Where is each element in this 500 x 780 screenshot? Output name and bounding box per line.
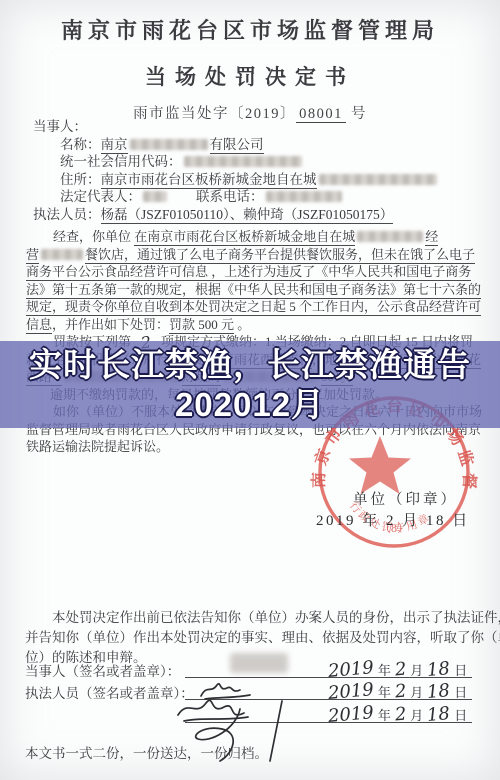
redacted-text	[319, 174, 437, 185]
doc-line: 信息，并作出如下处罚：罚款 500 元 。	[26, 316, 500, 334]
text-segment: ，并作出如下处罚：	[52, 317, 169, 332]
hw-day: 18	[426, 703, 451, 726]
officer-signature-scribble-2	[170, 695, 320, 765]
redacted-text	[41, 249, 83, 260]
text-segment: 商务平台公示食品经营许可信息	[26, 264, 208, 281]
doc-line: 法定代表人： 联系电话：	[33, 188, 500, 206]
officer-signature-label: 执法人员（签名或者盖章）：	[25, 682, 194, 702]
text-segment: 住所：	[60, 172, 101, 187]
party-signature-date: 2019年2月18日	[325, 659, 468, 680]
redacted-text	[143, 191, 167, 202]
text-segment: 罚款 500 元	[169, 317, 234, 334]
party-signature-label: 当事人（签名或者盖章）：	[25, 660, 180, 680]
text-segment: 统一社会信用代码：	[60, 154, 182, 169]
unit-month: 月	[410, 708, 423, 723]
redacted-text	[130, 139, 208, 150]
text-segment: 餐饮店，通过饿了么电子商务平台提供餐饮服务，但未在饿了么电子	[85, 247, 475, 264]
officer-signature-date-1: 2019年2月18日	[325, 681, 468, 702]
unit-day: 日	[454, 685, 467, 700]
hw-day: 18	[426, 680, 451, 703]
text-segment: 联系电话：	[169, 189, 264, 204]
doc-line: 法》第十五条第一款的规定，根据《中华人民共和国电子商务法》第七十六条的	[26, 281, 500, 299]
doc-line: 当事人：	[33, 118, 500, 136]
doc-line: 经查，你单位 在南京市雨花台区板桥新城金地自在城经	[26, 228, 500, 246]
text-segment: 本处罚决定作出前已依法告知你（单位）办案人员的身份，出示了执法证件，	[52, 610, 500, 625]
text-segment: 经	[425, 229, 438, 246]
hw-year: 2019	[327, 702, 374, 727]
text-segment: 南京	[101, 137, 128, 154]
text-segment: 有限公司	[210, 137, 264, 154]
unit-month: 月	[410, 685, 423, 700]
seal-unit-label: 单位（印章）	[353, 488, 458, 509]
caption-overlay-banner: 实时长江禁渔，长江禁渔通告 202012月	[0, 341, 500, 428]
text-segment: 在南京市雨花台区板桥新城金地自在城	[134, 229, 355, 246]
text-segment: 并告知你（单位）作出本处罚决定的事实、理由、依据及处罚内容，听取了你（单	[25, 630, 500, 645]
doc-line: 住所：南京市雨花台区板桥新城金地自在城	[33, 171, 500, 189]
scanned-penalty-document: 南京市雨花台区市场监督管理局 当场处罚决定书 雨市监当处字〔2019〕08001…	[0, 0, 500, 780]
caption-line-1: 实时长江禁渔，长江禁渔通告	[29, 345, 471, 385]
unit-year: 年	[378, 663, 391, 678]
doc-line: 并告知你（单位）作出本处罚决定的事实、理由、依据及处罚内容，听取了你（单	[25, 628, 500, 648]
text-segment: 。	[234, 317, 250, 332]
seal-star-icon	[349, 436, 411, 494]
text-segment: 名称：	[60, 137, 101, 152]
unit-day: 日	[454, 708, 467, 723]
doc-line: 营餐饮店，通过饿了么电子商务平台提供餐饮服务，但未在饿了么电子	[26, 246, 500, 264]
doc-line: 名称：南京有限公司	[33, 136, 500, 154]
caption-line-2: 202012月	[175, 385, 325, 425]
text-segment: 信息	[26, 317, 52, 334]
text-segment: 当事人：	[33, 119, 87, 134]
party-signature-row: 当事人（签名或者盖章）： 2019年2月18日	[25, 660, 475, 678]
officer-signature-date-2: 2019年2月18日	[325, 704, 468, 725]
text-segment: 南京市雨花台区板桥新城金地自在城	[101, 172, 317, 189]
hw-year: 2019	[327, 679, 374, 704]
text-segment: 规定，现责令你单位自收到本处罚决定之日起 5 个工作日内，公示食品经营许可	[26, 299, 481, 316]
doc-line: 商务平台公示食品经营许可信息 ，上述行为违反了《中华人民共和国电子商务	[26, 263, 500, 281]
doc-line: 执法人员：杨磊（JSZF01050110）、赖仲琦（JSZF01050175）	[33, 206, 500, 224]
redacted-text	[357, 231, 423, 242]
hw-day: 18	[426, 658, 451, 681]
doc-line: 统一社会信用代码：	[33, 153, 500, 171]
text-segment: 铁路运输法院提起诉讼。	[26, 439, 169, 454]
text-segment: ，上述行为违反了《中华人民共和国电子商务	[208, 264, 471, 281]
text-segment: 法定代表人：	[60, 189, 141, 204]
text-segment: 杨磊（JSZF01050110）、赖仲琦（JSZF01050175）	[101, 207, 394, 224]
text-segment: 执法人员：	[33, 207, 101, 222]
hw-month: 2	[394, 659, 407, 681]
doc-line: 规定，现责令你单位自收到本处罚决定之日起 5 个工作日内，公示食品经营许可	[26, 298, 500, 316]
text-segment: 经查，你单位	[53, 229, 134, 244]
document-title: 当场处罚决定书	[0, 61, 500, 91]
redacted-text	[266, 191, 342, 202]
doc-line: 本处罚决定作出前已依法告知你（单位）办案人员的身份，出示了执法证件，	[25, 608, 500, 628]
unit-year: 年	[378, 708, 391, 723]
unit-year: 年	[378, 685, 391, 700]
hw-month: 2	[394, 681, 407, 703]
unit-day: 日	[454, 663, 467, 678]
text-segment: 营	[26, 247, 39, 264]
unit-month: 月	[410, 663, 423, 678]
document-header: 南京市雨花台区市场监督管理局 当场处罚决定书 雨市监当处字〔2019〕08001…	[0, 14, 500, 123]
hw-year: 2019	[327, 657, 374, 682]
party-info-block: 当事人：名称：南京有限公司统一社会信用代码：住所：南京市雨花台区板桥新城金地自在…	[33, 118, 500, 224]
hw-month: 2	[394, 704, 407, 726]
redacted-text	[184, 156, 302, 167]
seal-date: 2019 年 2 月 18 日	[316, 509, 470, 530]
agency-name: 南京市雨花台区市场监督管理局	[0, 14, 500, 45]
text-segment: 法》第十五条第一款的规定，根据《中华人民共和国电子商务法》第七十六条的	[26, 282, 481, 299]
